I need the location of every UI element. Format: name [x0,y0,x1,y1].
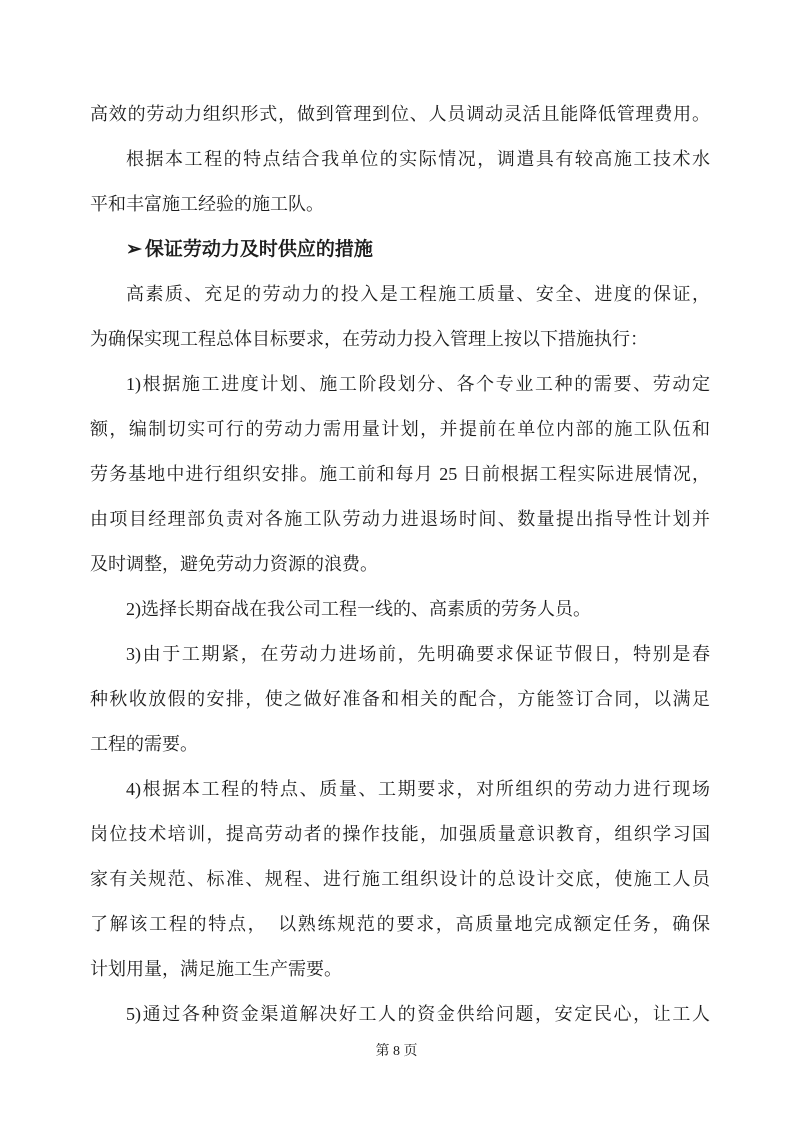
text-line: 平和丰富施工经验的施工队。 [90,182,710,227]
text-line: 及时调整，避免劳动力资源的浪费。 [90,542,710,587]
text-line: 计划用量，满足施工生产需要。 [90,947,710,992]
page-footer: 第 8 页 [0,1042,793,1062]
arrow-bullet-icon: ➢ [126,239,142,260]
text-line: 由项目经理部负责对各施工队劳动力进退场时间、数量提出指导性计划并 [90,497,710,542]
section-heading: ➢保证劳动力及时供应的措施 [90,227,710,272]
text-line: 种秋收放假的安排，使之做好准备和相关的配合，方能签订合同，以满足 [90,677,710,722]
text-line: 劳务基地中进行组织安排。施工前和每月 25 日前根据工程实际进展情况， [90,452,710,497]
text-line: 4)根据本工程的特点、质量、工期要求，对所组织的劳动力进行现场 [90,767,710,812]
text-line: 额，编制切实可行的劳动力需用量计划，并提前在单位内部的施工队伍和 [90,407,710,452]
page-number: 第 8 页 [376,1044,418,1059]
text-line: 根据本工程的特点结合我单位的实际情况，调遣具有较高施工技术水 [90,137,710,182]
heading-text: 保证劳动力及时供应的措施 [145,239,373,260]
text-line: 为确保实现工程总体目标要求，在劳动力投入管理上按以下措施执行： [90,317,710,362]
text-line: 1)根据施工进度计划、施工阶段划分、各个专业工种的需要、劳动定 [90,362,710,407]
text-line: 了解该工程的特点， 以熟练规范的要求，高质量地完成额定任务，确保 [90,902,710,947]
text-line: 家有关规范、标准、规程、进行施工组织设计的总设计交底，使施工人员 [90,857,710,902]
document-page: 高效的劳动力组织形式，做到管理到位、人员调动灵活且能降低管理费用。根据本工程的特… [0,0,793,1122]
text-line: 3)由于工期紧，在劳动力进场前，先明确要求保证节假日，特别是春 [90,632,710,677]
text-line: 2)选择长期奋战在我公司工程一线的、高素质的劳务人员。 [90,587,710,632]
text-line: 5)通过各种资金渠道解决好工人的资金供给问题，安定民心，让工人 [90,992,710,1037]
text-line: 高效的劳动力组织形式，做到管理到位、人员调动灵活且能降低管理费用。 [90,92,710,137]
text-line: 工程的需要。 [90,722,710,767]
text-line: 高素质、充足的劳动力的投入是工程施工质量、安全、进度的保证， [90,272,710,317]
document-body: 高效的劳动力组织形式，做到管理到位、人员调动灵活且能降低管理费用。根据本工程的特… [90,92,710,1037]
text-line: 岗位技术培训，提高劳动者的操作技能，加强质量意识教育，组织学习国 [90,812,710,857]
